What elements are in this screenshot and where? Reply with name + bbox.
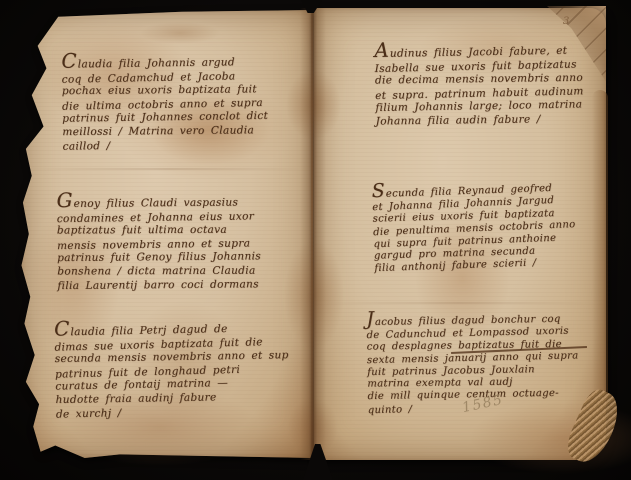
folio-mark: 3 [563, 16, 569, 27]
gutter-fold-line [311, 10, 313, 458]
baptism-entry: Claudia filia Petrj dagud dedimas sue ux… [54, 317, 304, 421]
manuscript-line: baptizatus fuit ultima octava [57, 224, 305, 239]
manuscript-line: filia Laurentij barro coci dormans [57, 277, 305, 293]
manuscript-line: Genoy filius Claudi vaspasius [57, 192, 305, 212]
baptism-entry: Claudia filia Johannis argudcoq de Cadam… [61, 51, 306, 154]
manuscript-photo: Claudia filia Johannis argudcoq de Cadam… [0, 0, 631, 480]
manuscript-line: meillossi / Matrina vero Claudia [62, 124, 306, 140]
baptism-entry: Secunda filia Reynaud geofredet Johanna … [371, 177, 614, 276]
manuscript-line: bonshena / dicta matrina Claudia [57, 264, 305, 279]
baptism-entry: Genoy filius Claudi vaspasiuscondamines … [57, 192, 306, 293]
baptism-entry: Audinus filius Jacobi fabure, etIsabella… [374, 40, 609, 130]
